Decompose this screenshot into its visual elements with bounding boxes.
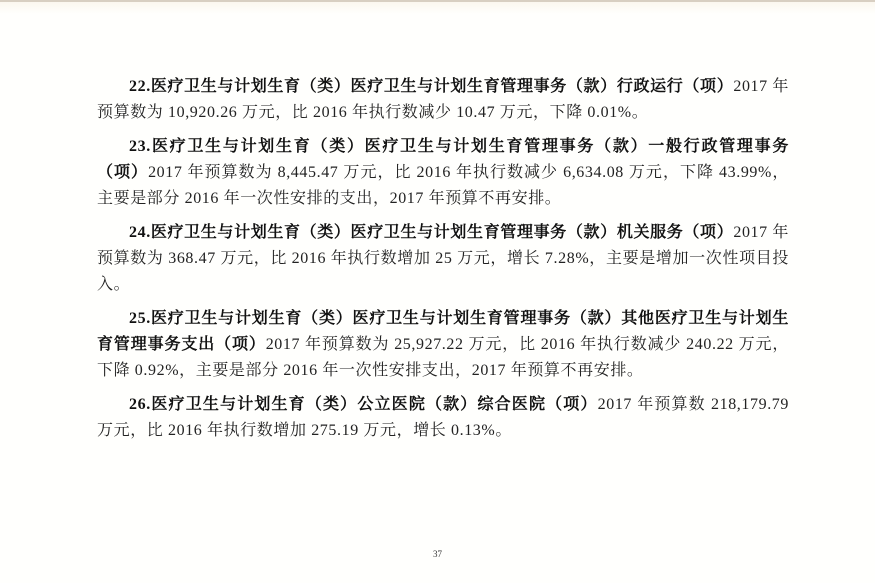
paragraph-number: 25. bbox=[129, 310, 151, 327]
paragraph-heading: 22.医疗卫生与计划生育（类）医疗卫生与计划生育管理事务（款）行政运行（项） bbox=[129, 78, 733, 95]
paragraph-body: 2017 年预算数为 8,445.47 万元，比 2016 年执行数减少 6,6… bbox=[97, 164, 789, 207]
page-number: 37 bbox=[0, 549, 875, 559]
top-shadow bbox=[0, 2, 875, 14]
paragraph-heading: 26.医疗卫生与计划生育（类）公立医院（款）综合医院（项） bbox=[129, 396, 598, 413]
paragraph-number: 24. bbox=[129, 224, 151, 241]
paragraph-23: 23.医疗卫生与计划生育（类）医疗卫生与计划生育管理事务（款）一般行政管理事务（… bbox=[97, 134, 789, 212]
paragraph-number: 22. bbox=[129, 78, 151, 95]
paragraph-title: 医疗卫生与计划生育（类）公立医院（款）综合医院（项） bbox=[151, 396, 598, 413]
document-page: 22.医疗卫生与计划生育（类）医疗卫生与计划生育管理事务（款）行政运行（项）20… bbox=[97, 74, 789, 452]
paragraph-number: 26. bbox=[129, 396, 151, 413]
paragraph-25: 25.医疗卫生与计划生育（类）医疗卫生与计划生育管理事务（款）其他医疗卫生与计划… bbox=[97, 306, 789, 384]
paragraph-22: 22.医疗卫生与计划生育（类）医疗卫生与计划生育管理事务（款）行政运行（项）20… bbox=[97, 74, 789, 126]
paragraph-heading: 24.医疗卫生与计划生育（类）医疗卫生与计划生育管理事务（款）机关服务（项） bbox=[129, 224, 733, 241]
paragraph-title: 医疗卫生与计划生育（类）医疗卫生与计划生育管理事务（款）行政运行（项） bbox=[151, 78, 734, 95]
paragraph-number: 23. bbox=[129, 138, 151, 155]
paragraph-24: 24.医疗卫生与计划生育（类）医疗卫生与计划生育管理事务（款）机关服务（项）20… bbox=[97, 220, 789, 298]
paragraph-title: 医疗卫生与计划生育（类）医疗卫生与计划生育管理事务（款）机关服务（项） bbox=[151, 224, 734, 241]
paragraph-26: 26.医疗卫生与计划生育（类）公立医院（款）综合医院（项）2017 年预算数 2… bbox=[97, 392, 789, 444]
